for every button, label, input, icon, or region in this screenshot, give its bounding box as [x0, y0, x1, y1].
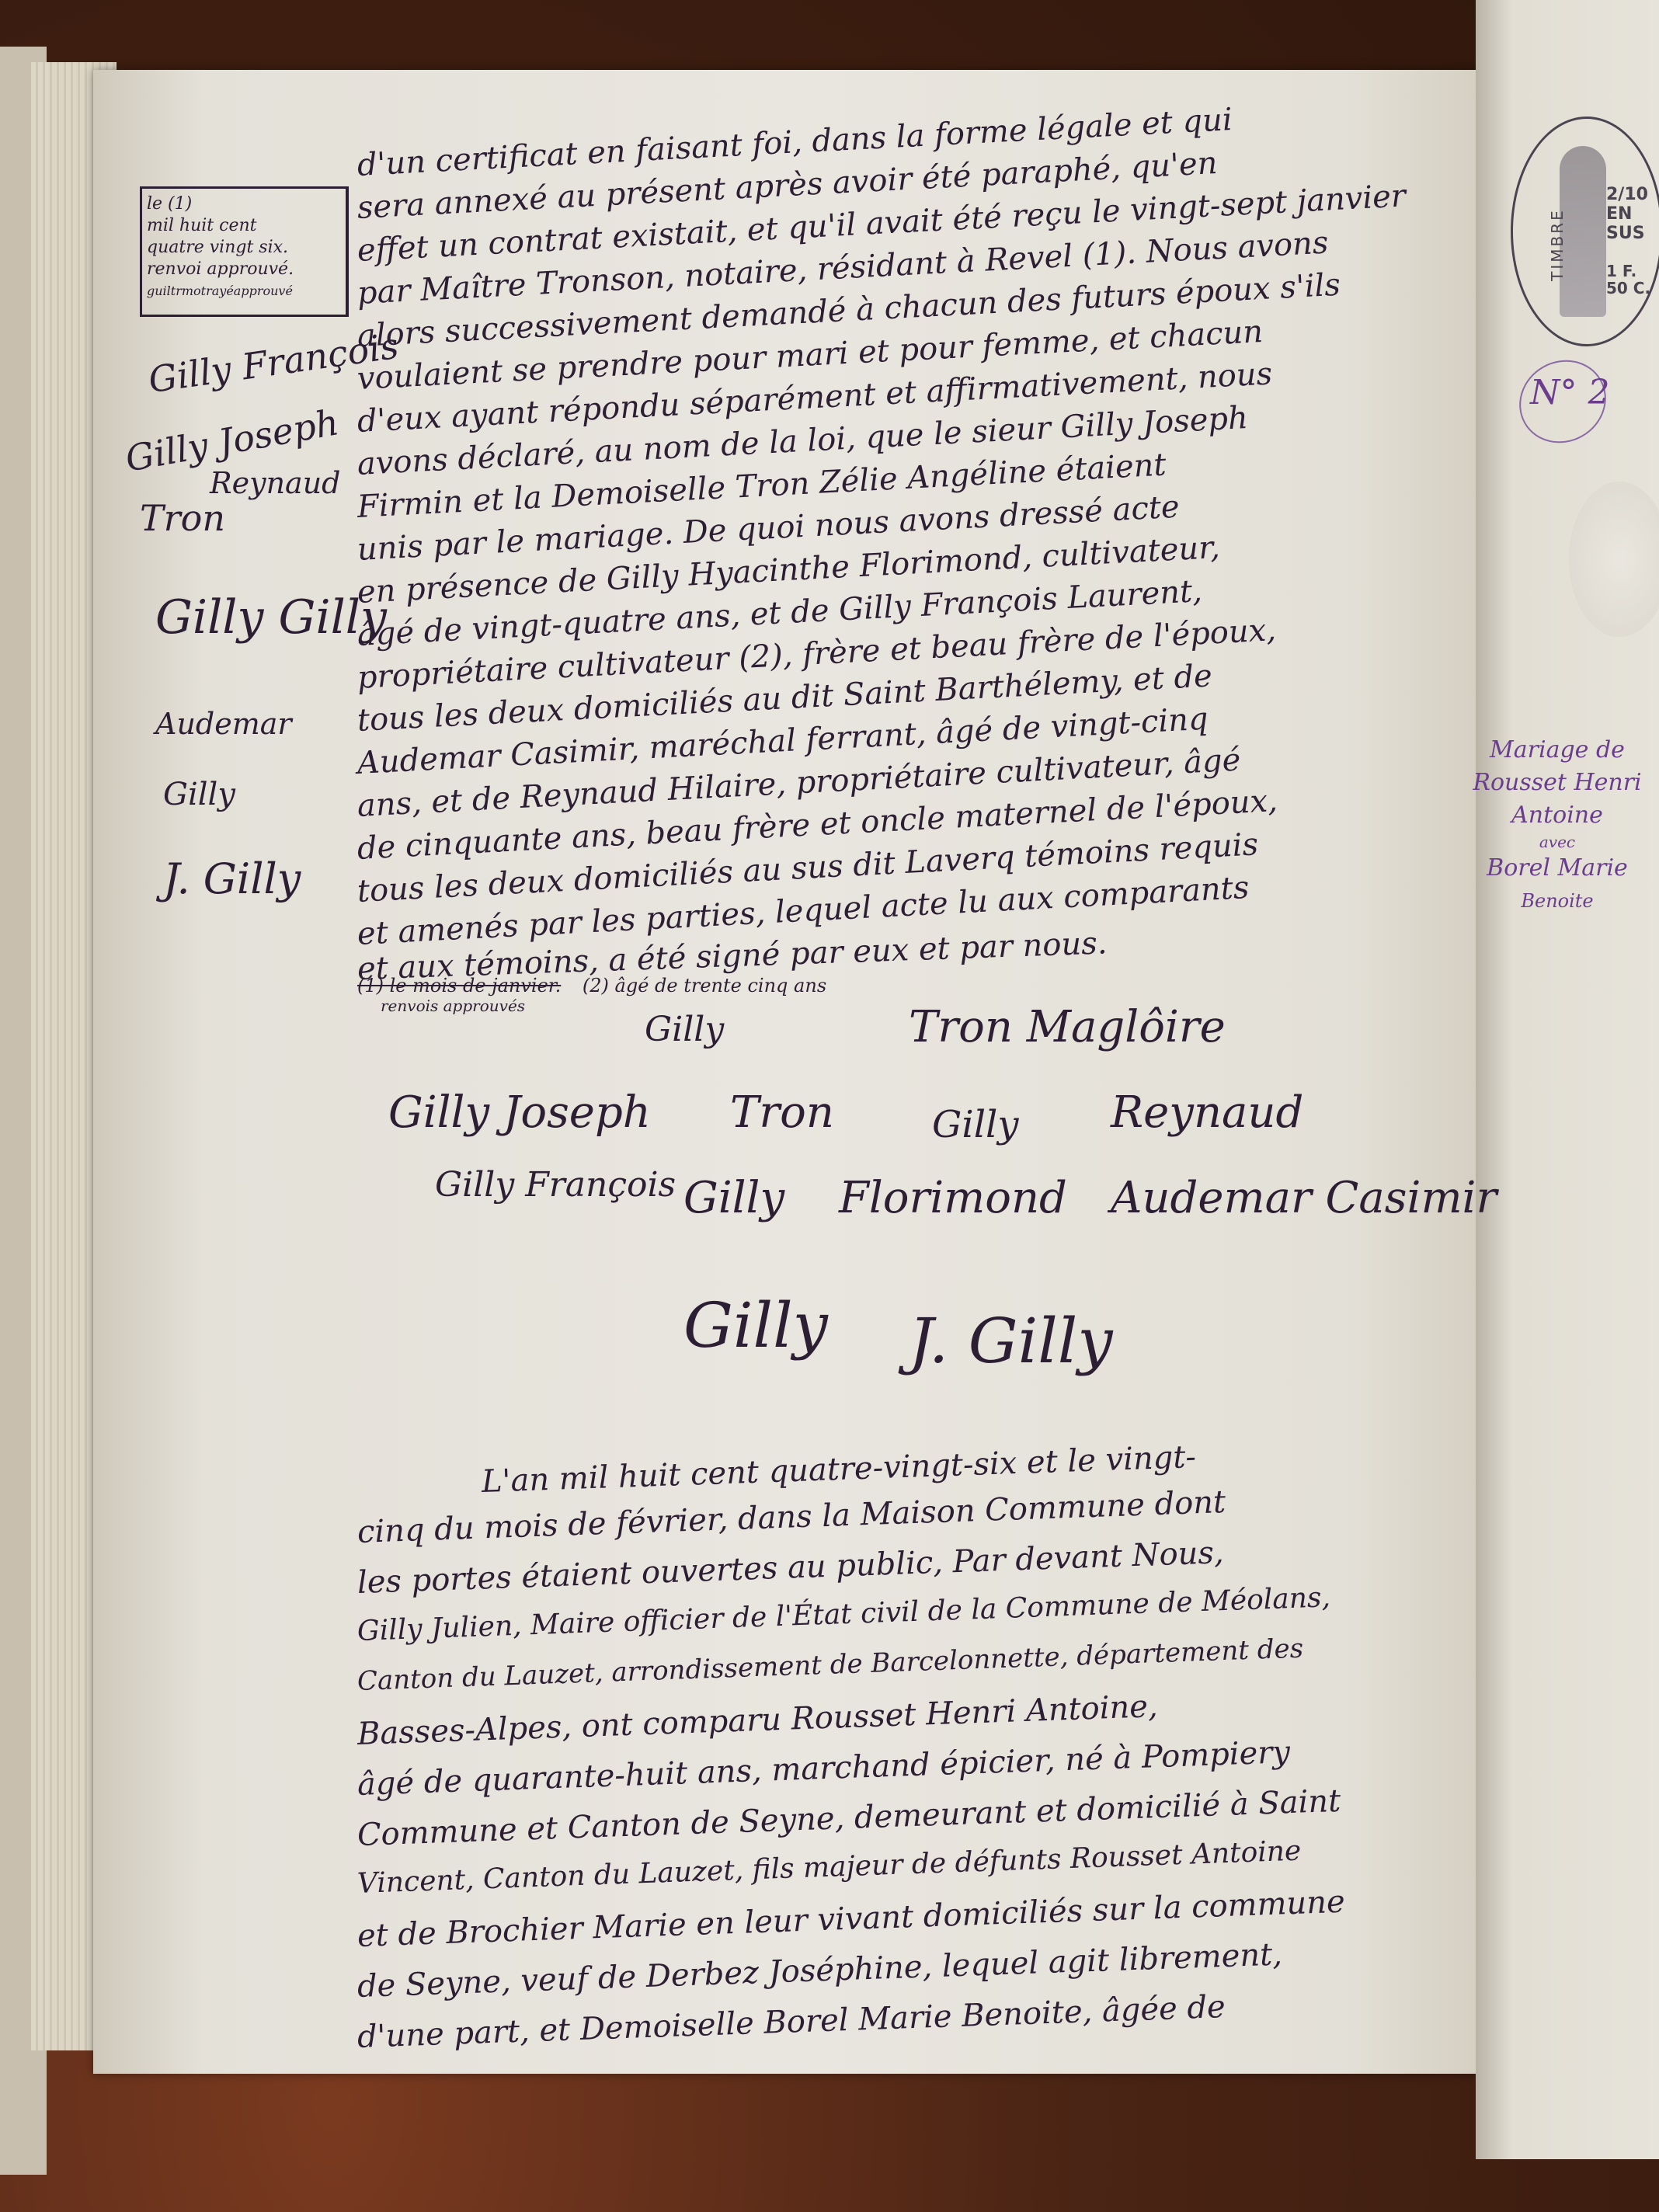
justice-figure-icon: [1560, 146, 1606, 317]
signature: Gilly: [683, 1289, 828, 1362]
margin-signature: Tron: [140, 497, 225, 539]
footnote-2-text: (2) âgé de trente cinq ans: [583, 975, 826, 996]
signature: Tron Maglôire: [909, 1002, 1226, 1052]
tax-stamp: TIMBRE 2/10 EN SUS 1 F. 50 C.: [1511, 117, 1659, 346]
annotation-line: Borel Marie: [1464, 852, 1650, 885]
signature: Gilly: [645, 1010, 724, 1049]
signature: Gilly Joseph: [388, 1087, 651, 1138]
stamp-value-bottom: 1 F. 50 C.: [1606, 263, 1659, 297]
signature: Tron: [730, 1087, 834, 1138]
margin-note-line: le (1): [147, 193, 341, 215]
margin-signature: Audemar: [155, 707, 292, 741]
signature: Gilly François: [435, 1165, 676, 1205]
annotation-line: Rousset Henri: [1464, 767, 1650, 799]
signature: Gilly: [932, 1103, 1019, 1146]
margin-note-line: renvoi approuvé.: [147, 259, 341, 280]
annotation-line: avec: [1464, 832, 1650, 852]
margin-signature: Gilly Gilly: [155, 590, 387, 645]
page-number: N° 2: [1530, 373, 1609, 412]
margin-note-line: quatre vingt six.: [147, 237, 341, 259]
annotation-line: Antoine: [1464, 799, 1650, 832]
margin-note-line: mil huit cent: [147, 215, 341, 237]
signature: J. Gilly: [909, 1305, 1113, 1377]
margin-signature: J. Gilly: [163, 854, 301, 903]
signature: Audemar Casimir: [1111, 1173, 1497, 1223]
footnote-1: (1) le mois de janvier. (2) âgé de trent…: [357, 975, 826, 1015]
margin-note-box: le (1) mil huit cent quatre vingt six. r…: [140, 186, 349, 317]
annotation-line: Benoite: [1464, 885, 1650, 917]
margin-signature: Gilly: [163, 777, 235, 812]
signature: Florimond: [839, 1173, 1067, 1223]
footnote-1-text: (1) le mois de janvier.: [357, 975, 561, 996]
margin-signature: Reynaud: [210, 466, 341, 500]
stamp-label: TIMBRE: [1548, 208, 1567, 281]
marriage-annotation: Mariage de Rousset Henri Antoine avec Bo…: [1464, 734, 1650, 917]
signature: Gilly: [683, 1173, 784, 1223]
footnote-approval: renvois approuvés: [381, 996, 826, 1015]
stamp-value-top: 2/10 EN SUS: [1606, 185, 1659, 243]
annotation-line: Mariage de: [1464, 734, 1650, 767]
margin-note-line: guiltrmotrayéapprouvé: [147, 280, 341, 302]
signature: Reynaud: [1111, 1087, 1303, 1138]
